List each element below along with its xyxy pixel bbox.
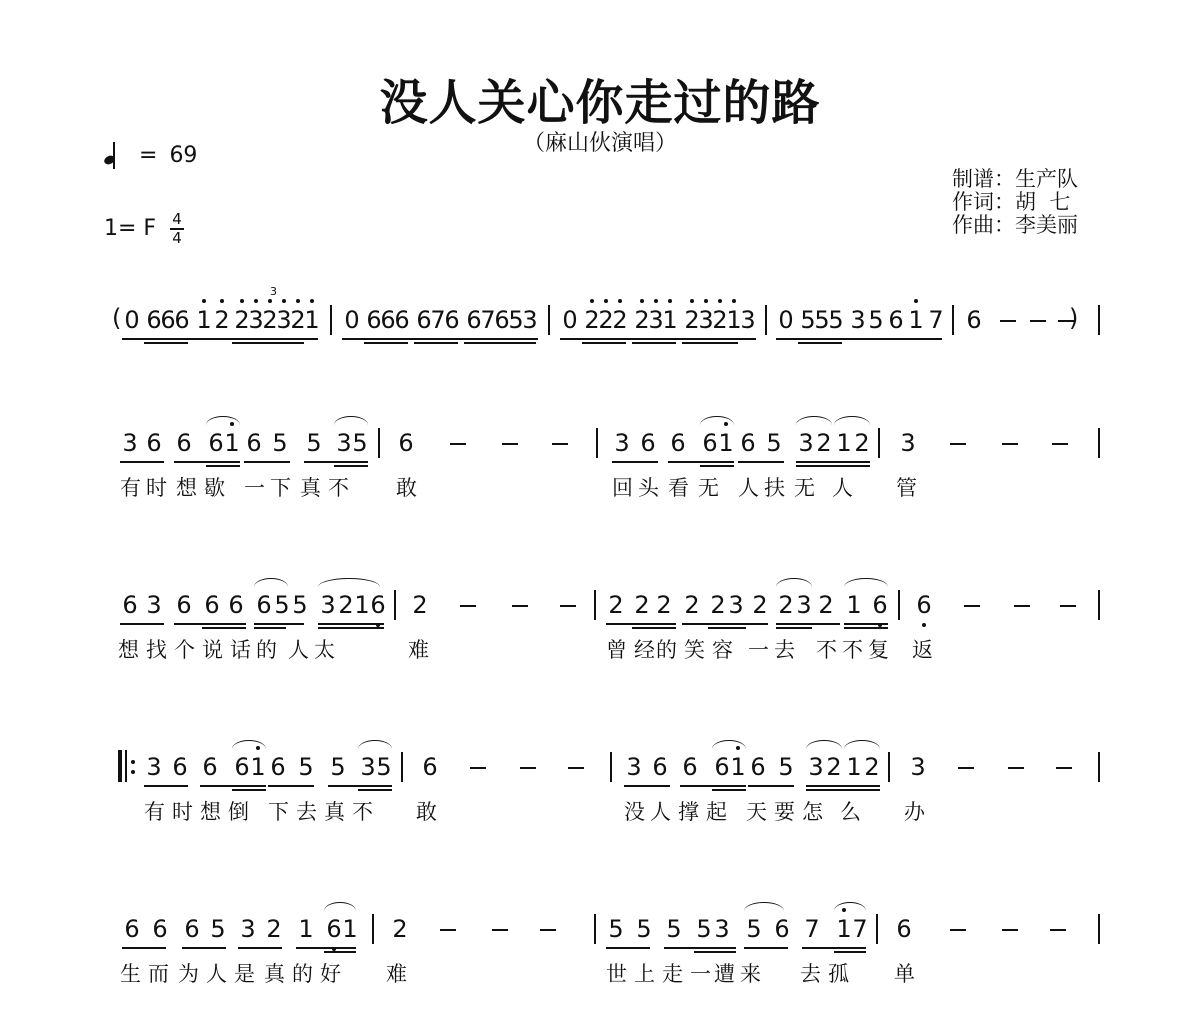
beat-underline: [606, 623, 676, 625]
note: 1: [836, 914, 852, 944]
sustain-dash: [502, 443, 518, 445]
sustain-dash: [1056, 767, 1072, 769]
bar-line: [596, 428, 598, 458]
high-octave-dot-icon: [220, 299, 224, 303]
note: 5: [746, 914, 762, 944]
beat-underline: [174, 461, 240, 463]
slur-arc-icon: [834, 902, 866, 911]
note: 1: [836, 428, 852, 458]
sustain-dash: [520, 767, 536, 769]
high-octave-dot-icon: [240, 299, 244, 303]
beat-underline: [144, 785, 188, 787]
beat-underline: [560, 338, 756, 340]
lyric-char: 么: [840, 796, 861, 826]
intro-paren-close: ): [1069, 304, 1078, 332]
time-sig-bottom: 4: [172, 231, 182, 246]
slur-arc-icon: [254, 578, 288, 587]
note: 1: [846, 590, 862, 620]
high-octave-dot-icon: [914, 299, 918, 303]
slur-arc-icon: [206, 416, 240, 425]
score-row-intro: 0666122323210666676676530222231232130555…: [0, 305, 1200, 385]
lyric-char: 的: [292, 958, 313, 988]
note: 3: [728, 590, 744, 620]
intro-paren-open: (: [112, 304, 121, 332]
lyric-char: 不: [842, 634, 863, 664]
lyric-char: 有: [120, 472, 141, 502]
note: 6: [146, 428, 162, 458]
note: 3: [146, 590, 162, 620]
bar-line: [378, 428, 380, 458]
beat-underline: [206, 465, 240, 467]
sustain-dash: [1030, 320, 1046, 322]
beat-underline: [632, 342, 676, 344]
lyric-char: 去: [774, 634, 795, 664]
bar-line: [888, 752, 890, 782]
score-row-chorus-line-1: 36661655356366616532123有时想倒下去真不敢没人撑起天要怎么…: [0, 752, 1200, 832]
beat-underline: [296, 947, 356, 949]
note: 6: [774, 914, 790, 944]
score-row-verse-line-1: 36661655356366616532123有时想歇一下真不敢回头看无人扶无人…: [0, 428, 1200, 508]
sustain-dash: [1052, 443, 1068, 445]
time-sig-top: 4: [172, 212, 182, 227]
beat-underline: [776, 623, 840, 625]
beat-underline: [844, 627, 888, 629]
note: 3: [626, 752, 642, 782]
note: 2: [710, 590, 726, 620]
beat-underline: [464, 342, 536, 344]
note: 1: [298, 914, 314, 944]
lyric-char: 容: [712, 634, 733, 664]
note: 3: [336, 428, 352, 458]
lyric-char: 怎: [802, 796, 823, 826]
triplet-marker: 3: [270, 285, 277, 298]
high-octave-dot-icon: [604, 299, 608, 303]
note: 5: [666, 914, 682, 944]
note: 2: [752, 590, 768, 620]
bar-line: [878, 428, 880, 458]
beat-underline: [748, 785, 794, 787]
note: 5: [298, 752, 314, 782]
note: 2: [854, 428, 870, 458]
note: 6: [682, 752, 698, 782]
beat-underline: [682, 342, 738, 344]
beat-underline: [844, 623, 888, 625]
note: 2: [778, 590, 794, 620]
note: 3: [740, 305, 756, 335]
note: 6: [896, 914, 912, 944]
bar-line: [401, 752, 403, 782]
note: 6: [714, 752, 730, 782]
note: 0: [562, 305, 578, 335]
bar-line: [898, 590, 900, 620]
credit-transcriber: 制谱：生产队: [952, 168, 1078, 191]
note: 6: [326, 914, 342, 944]
note: 6: [176, 428, 192, 458]
note: 6: [444, 305, 460, 335]
lyric-char: 的: [256, 634, 277, 664]
note: 6: [208, 428, 224, 458]
note: 1: [730, 752, 746, 782]
repeat-dot-icon: [131, 770, 135, 774]
sustain-dash: [1002, 443, 1018, 445]
note: 3: [146, 752, 162, 782]
lyric-char: 为: [178, 958, 199, 988]
beat-underline: [254, 627, 286, 629]
bar-line: [594, 590, 596, 620]
lyric-char: 经: [634, 634, 655, 664]
beat-underline: [342, 338, 538, 340]
sustain-dash: [1060, 605, 1076, 607]
sustain-dash: [540, 929, 556, 931]
lyric-char: 笑: [684, 634, 705, 664]
lyric-char: 一: [690, 958, 711, 988]
beat-underline: [232, 342, 304, 344]
note: 5: [210, 914, 226, 944]
beat-underline: [304, 461, 368, 463]
high-octave-dot-icon: [282, 299, 286, 303]
slur-arc-icon: [796, 416, 832, 425]
beat-underline: [606, 947, 650, 949]
high-octave-dot-icon: [704, 299, 708, 303]
note: 6: [246, 428, 262, 458]
lyric-char: 一: [748, 634, 769, 664]
beat-underline: [358, 789, 392, 791]
slur-arc-icon: [844, 740, 880, 749]
note: 1: [908, 305, 924, 335]
beat-underline: [796, 465, 870, 467]
lyric-char: 看: [668, 472, 689, 502]
repeat-start-thick-bar: [118, 750, 122, 782]
note: 1: [250, 752, 266, 782]
lyric-char: 下: [268, 796, 289, 826]
beat-underline: [120, 623, 164, 625]
lyric-char: 办: [904, 796, 925, 826]
credit-composer: 作曲：李美丽: [952, 214, 1078, 237]
high-octave-dot-icon: [310, 299, 314, 303]
note: 5: [306, 428, 322, 458]
beat-underline: [244, 461, 290, 463]
sustain-dash: [470, 767, 486, 769]
beat-underline: [694, 951, 736, 953]
high-octave-dot-icon: [640, 299, 644, 303]
note: 6: [124, 914, 140, 944]
quarter-note-stem: [113, 142, 115, 169]
note: 5: [352, 428, 368, 458]
beat-underline: [328, 785, 392, 787]
beat-underline: [624, 785, 670, 787]
high-octave-dot-icon: [202, 299, 206, 303]
note: 2: [634, 590, 650, 620]
beat-underline: [744, 947, 788, 949]
sustain-dash: [1002, 929, 1018, 931]
note: 6: [228, 590, 244, 620]
note: 5: [696, 914, 712, 944]
note: 6: [888, 305, 904, 335]
lyric-char: 歇: [204, 472, 225, 502]
high-octave-dot-icon: [668, 299, 672, 303]
note: 1: [354, 590, 370, 620]
note: 3: [614, 428, 630, 458]
lyric-char: 一: [244, 472, 265, 502]
lyric-char: 单: [894, 958, 915, 988]
lyric-char: 倒: [228, 796, 249, 826]
note: 6: [202, 752, 218, 782]
credit-lyricist: 作词：胡 七: [952, 191, 1078, 214]
note: 6: [398, 428, 414, 458]
note: 6: [152, 914, 168, 944]
lyric-char: 人: [832, 472, 853, 502]
bar-line: [765, 305, 767, 335]
lyric-char: 人: [738, 472, 759, 502]
high-octave-dot-icon: [618, 299, 622, 303]
lyric-char: 难: [386, 958, 407, 988]
note: 5: [778, 752, 794, 782]
lyric-char: 人: [288, 634, 309, 664]
slur-arc-icon: [232, 740, 266, 749]
tempo-marking: = 69: [104, 143, 197, 168]
beat-underline: [680, 785, 746, 787]
note: 6: [174, 305, 190, 335]
beat-underline: [144, 342, 188, 344]
note: 1: [662, 305, 678, 335]
lyric-char: 真: [300, 472, 321, 502]
beat-underline: [200, 785, 266, 787]
sustain-dash: [552, 443, 568, 445]
lyric-char: 找: [146, 634, 167, 664]
beat-underline: [806, 785, 880, 787]
beat-underline: [238, 947, 282, 949]
note: 5: [828, 305, 844, 335]
slur-arc-icon: [334, 416, 368, 425]
lyric-char: 想: [176, 472, 197, 502]
note: 6: [652, 752, 668, 782]
note: 6: [640, 428, 656, 458]
lyric-char: 没: [624, 796, 645, 826]
lyric-char: 真: [264, 958, 285, 988]
slur-arc-icon: [712, 740, 746, 749]
note: 6: [234, 752, 250, 782]
lyric-char: 复: [868, 634, 889, 664]
bar-line: [1098, 752, 1100, 782]
lyric-char: 敢: [416, 796, 437, 826]
bar-line: [548, 305, 550, 335]
high-octave-dot-icon: [732, 299, 736, 303]
bar-line: [1098, 590, 1100, 620]
note: 5: [868, 305, 884, 335]
high-octave-dot-icon: [254, 299, 258, 303]
note: 1: [846, 752, 862, 782]
lyric-char: 起: [706, 796, 727, 826]
beat-underline: [708, 627, 746, 629]
sustain-dash: [1000, 320, 1016, 322]
note: 2: [412, 590, 428, 620]
beat-underline: [268, 785, 314, 787]
note: 5: [608, 914, 624, 944]
note: 3: [360, 752, 376, 782]
beat-underline: [612, 461, 658, 463]
lyric-char: 人: [650, 796, 671, 826]
bar-line: [330, 305, 332, 335]
lyric-char: 个: [174, 634, 195, 664]
bar-line: [594, 914, 596, 944]
repeat-start-thin-bar: [125, 750, 127, 782]
note: 5: [272, 428, 288, 458]
slur-arc-icon: [324, 902, 356, 911]
note: 2: [864, 752, 880, 782]
beat-underline: [632, 627, 676, 629]
lyric-char: 头: [638, 472, 659, 502]
lyric-char: 不: [328, 472, 349, 502]
low-octave-dot-icon: [922, 623, 926, 627]
sustain-dash: [1014, 605, 1030, 607]
slur-arc-icon: [844, 578, 888, 587]
beat-underline: [182, 947, 226, 949]
lyric-char: 去: [800, 958, 821, 988]
note: 6: [750, 752, 766, 782]
sustain-dash: [950, 443, 966, 445]
note: 5: [636, 914, 652, 944]
note: 3: [798, 428, 814, 458]
lyric-char: 想: [200, 796, 221, 826]
lyric-char: 生: [120, 958, 141, 988]
note: 3: [900, 428, 916, 458]
lyric-char: 扶: [764, 472, 785, 502]
note: 3: [850, 305, 866, 335]
note: 3: [910, 752, 926, 782]
sustain-dash: [950, 929, 966, 931]
beat-underline: [806, 789, 880, 791]
note: 1: [342, 914, 358, 944]
note: 6: [916, 590, 932, 620]
slur-arc-icon: [806, 740, 842, 749]
high-octave-dot-icon: [718, 299, 722, 303]
note: 7: [804, 914, 820, 944]
lyric-char: 有: [144, 796, 165, 826]
sustain-dash: [512, 605, 528, 607]
lyric-char: 不: [816, 634, 837, 664]
note: 2: [338, 590, 354, 620]
lyric-char: 人: [206, 958, 227, 988]
beat-underline: [798, 342, 842, 344]
slur-arc-icon: [358, 740, 392, 749]
lyric-char: 去: [296, 796, 317, 826]
note: 6: [270, 752, 286, 782]
lyric-char: 管: [896, 472, 917, 502]
note: 3: [122, 428, 138, 458]
note: 2: [818, 590, 834, 620]
note: 6: [872, 590, 888, 620]
lyric-char: 是: [234, 958, 255, 988]
beat-underline: [254, 623, 304, 625]
lyric-char: 好: [320, 958, 341, 988]
credits: 制谱：生产队 作词：胡 七 作曲：李美丽: [952, 168, 1078, 237]
tempo-bpm: 69: [169, 143, 197, 168]
lyric-char: 说: [202, 634, 223, 664]
lyric-char: 世: [606, 958, 627, 988]
note: 6: [422, 752, 438, 782]
lyric-char: 而: [148, 958, 169, 988]
note: 7: [928, 305, 944, 335]
beat-underline: [682, 623, 768, 625]
note: 2: [214, 305, 230, 335]
lyric-char: 来: [740, 958, 761, 988]
beat-underline: [318, 627, 384, 629]
high-octave-dot-icon: [690, 299, 694, 303]
beat-underline: [122, 947, 166, 949]
tempo-equals: =: [139, 143, 157, 168]
lyric-char: 时: [172, 796, 193, 826]
note: 5: [274, 590, 290, 620]
note: 5: [766, 428, 782, 458]
score-row-verse-line-2: 63666655321622222232232166想找个说话的人太难曾经的笑容…: [0, 590, 1200, 670]
note: 6: [702, 428, 718, 458]
beat-underline: [202, 627, 246, 629]
note: 6: [204, 590, 220, 620]
note: 3: [808, 752, 824, 782]
beat-underline: [796, 461, 870, 463]
note: 7: [852, 914, 868, 944]
note: 3: [320, 590, 336, 620]
lyric-char: 回: [612, 472, 633, 502]
beat-underline: [120, 461, 164, 463]
sustain-dash: [560, 605, 576, 607]
note: 6: [670, 428, 686, 458]
bar-line: [876, 914, 878, 944]
lyric-char: 无: [794, 472, 815, 502]
high-octave-dot-icon: [268, 299, 272, 303]
key-label: 1= F: [104, 216, 156, 241]
note: 3: [522, 305, 538, 335]
beat-underline: [232, 789, 266, 791]
note: 1: [718, 428, 734, 458]
beat-underline: [318, 623, 384, 625]
bar-line: [394, 590, 396, 620]
note: 3: [240, 914, 256, 944]
note: 0: [124, 305, 140, 335]
lyric-char: 返: [912, 634, 933, 664]
note: 6: [394, 305, 410, 335]
high-octave-dot-icon: [654, 299, 658, 303]
note: 6: [966, 305, 982, 335]
note: 2: [392, 914, 408, 944]
key-signature: 1= F 4 4: [104, 212, 184, 246]
beat-underline: [174, 623, 246, 625]
score-row-chorus-line-2: 666532161255553567176生而为人是真的好难世上走一遭来去孤单: [0, 914, 1200, 994]
note: 2: [656, 590, 672, 620]
note: 6: [172, 752, 188, 782]
note: 2: [612, 305, 628, 335]
note: 2: [816, 428, 832, 458]
time-signature: 4 4: [170, 212, 184, 246]
beat-underline: [324, 951, 356, 953]
lyric-char: 曾: [606, 634, 627, 664]
note: 1: [304, 305, 320, 335]
bar-line: [372, 914, 374, 944]
lyric-char: 遭: [714, 958, 735, 988]
beat-underline: [776, 627, 812, 629]
sustain-dash: [568, 767, 584, 769]
beat-underline: [664, 947, 736, 949]
slur-arc-icon: [744, 902, 784, 911]
note: 0: [344, 305, 360, 335]
lyric-char: 太: [314, 634, 335, 664]
lyric-char: 想: [118, 634, 139, 664]
note: 0: [778, 305, 794, 335]
note: 6: [256, 590, 272, 620]
note: 6: [176, 590, 192, 620]
beat-underline: [834, 951, 866, 953]
high-octave-dot-icon: [590, 299, 594, 303]
